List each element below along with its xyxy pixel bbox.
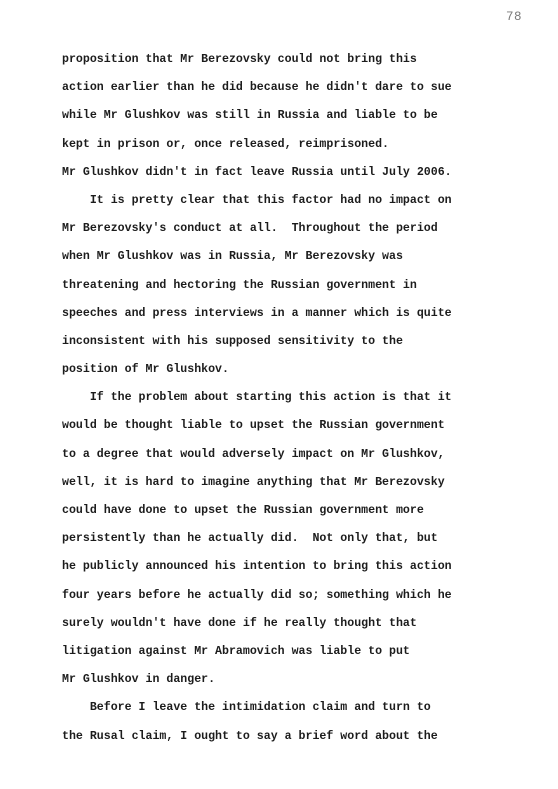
transcript-line: speeches and press interviews in a manne… <box>62 300 538 328</box>
transcript-line: inconsistent with his supposed sensitivi… <box>62 328 538 356</box>
transcript-line: four years before he actually did so; so… <box>62 582 538 610</box>
transcript-line: Mr Glushkov didn't in fact leave Russia … <box>62 159 538 187</box>
transcript-line: when Mr Glushkov was in Russia, Mr Berez… <box>62 243 538 271</box>
transcript-line: to a degree that would adversely impact … <box>62 441 538 469</box>
transcript-line: If the problem about starting this actio… <box>62 384 538 412</box>
transcript-line: could have done to upset the Russian gov… <box>62 497 538 525</box>
transcript-line: would be thought liable to upset the Rus… <box>62 412 538 440</box>
transcript-line: It is pretty clear that this factor had … <box>62 187 538 215</box>
transcript-line: Before I leave the intimidation claim an… <box>62 694 538 722</box>
transcript-line: he publicly announced his intention to b… <box>62 553 538 581</box>
transcript-line: kept in prison or, once released, reimpr… <box>62 131 538 159</box>
transcript-line: well, it is hard to imagine anything tha… <box>62 469 538 497</box>
transcript-text: proposition that Mr Berezovsky could not… <box>62 46 538 751</box>
transcript-line: proposition that Mr Berezovsky could not… <box>62 46 538 74</box>
transcript-line: while Mr Glushkov was still in Russia an… <box>62 102 538 130</box>
transcript-line: surely wouldn't have done if he really t… <box>62 610 538 638</box>
transcript-line: persistently than he actually did. Not o… <box>62 525 538 553</box>
transcript-line: Mr Berezovsky's conduct at all. Througho… <box>62 215 538 243</box>
transcript-line: position of Mr Glushkov. <box>62 356 538 384</box>
transcript-line: action earlier than he did because he di… <box>62 74 538 102</box>
transcript-line: threatening and hectoring the Russian go… <box>62 272 538 300</box>
page-number: 78 <box>506 10 522 24</box>
transcript-line: litigation against Mr Abramovich was lia… <box>62 638 538 666</box>
document-page: 78 proposition that Mr Berezovsky could … <box>0 0 558 789</box>
transcript-line: Mr Glushkov in danger. <box>62 666 538 694</box>
transcript-line: the Rusal claim, I ought to say a brief … <box>62 723 538 751</box>
